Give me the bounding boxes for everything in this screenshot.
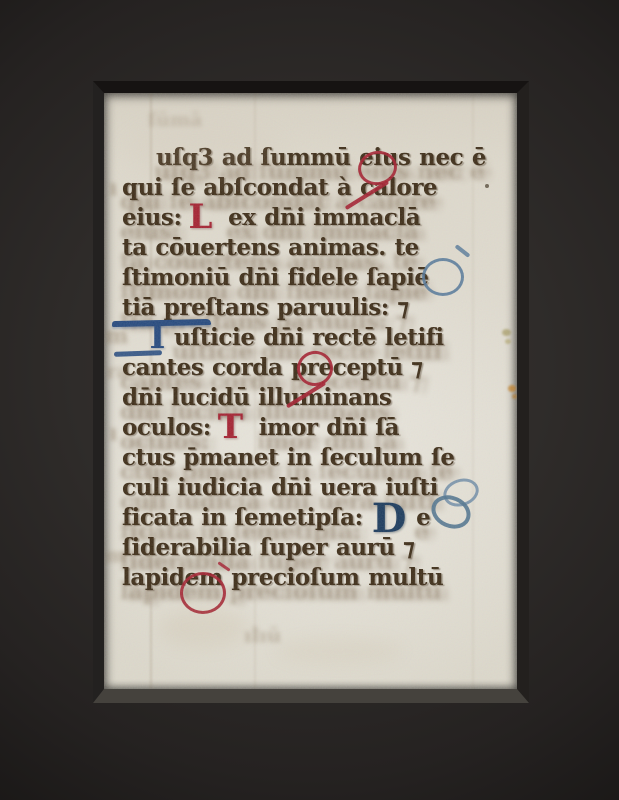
manuscript-line: lapidem precioſum multū	[122, 563, 517, 593]
parchment-stain	[505, 339, 511, 344]
ink-text: eius:	[122, 204, 182, 231]
manuscript-page: ſūmāımraımılıū uſq3 ad ſummū eius nec ēq…	[104, 93, 517, 689]
manuscript-line: ctus p̄manet in ſeculum ſe	[122, 443, 517, 473]
manuscript-line: culi iudicia dn̄i uera iuſti	[122, 473, 517, 503]
ink-text: imor dn̄i ſā	[259, 414, 400, 441]
manuscript-line: cantes corda preceptū ⁊	[122, 353, 517, 383]
parchment-stain	[512, 394, 517, 399]
parchment-stain	[502, 329, 511, 336]
manuscript-line: dn̄i lucidū illuminans	[122, 383, 517, 413]
manuscript-line: uſticie dn̄i rectē letifi	[122, 323, 517, 353]
parchment-stain	[159, 608, 249, 648]
ink-text: ſiderabilia ſuper aurū ⁊	[122, 534, 414, 561]
text-block: uſq3 ad ſummū eius nec ēqui ſe abſcondat…	[104, 143, 517, 593]
mat-bevel-window: ſūmāımraımılıū uſq3 ad ſummū eius nec ēq…	[93, 81, 529, 703]
parchment-stain	[274, 638, 404, 664]
parchment-stain	[485, 184, 489, 188]
ink-text: cantes corda preceptū ⁊	[122, 354, 422, 381]
ink-text: ſtimoniū dn̄i fidele ſapiē	[122, 264, 429, 291]
ink-text: lapidem precioſum multū	[122, 564, 443, 591]
initial-red: T	[218, 407, 243, 447]
parchment-stain	[508, 385, 516, 392]
ink-text: uſticie dn̄i rectē letifi	[174, 324, 444, 351]
ink-text: dn̄i lucidū illuminans	[122, 384, 391, 411]
ink-text: ta cōuertens animas. te	[122, 234, 419, 261]
ink-text: oculos:	[122, 414, 211, 441]
ink-text: ctus p̄manet in ſeculum ſe	[122, 444, 455, 471]
ink-text: e	[416, 504, 430, 531]
ink-text: ex dn̄i immaclā	[228, 204, 420, 231]
manuscript-line: ſtimoniū dn̄i fidele ſapiē	[122, 263, 517, 293]
manuscript-line: ta cōuertens animas. te	[122, 233, 517, 263]
ink-text: tiā preſtans paruulis: ⁊	[122, 294, 409, 321]
initial-red: L	[189, 197, 213, 237]
manuscript-line: tiā preſtans paruulis: ⁊	[122, 293, 517, 323]
manuscript-line: ficata in ſemetipſa:De	[122, 503, 517, 533]
parchment-stain	[124, 123, 284, 183]
manuscript-line: oculos:Timor dn̄i ſā	[122, 413, 517, 443]
manuscript-line: eius:Lex dn̄i immaclā	[122, 203, 517, 233]
photograph-of-framed-manuscript: ſūmāımraımılıū uſq3 ad ſummū eius nec ēq…	[0, 0, 619, 800]
ghost-fragment: ılıū	[244, 623, 281, 647]
ink-text: ficata in ſemetipſa:	[122, 504, 363, 531]
manuscript-line: ſiderabilia ſuper aurū ⁊	[122, 533, 517, 563]
